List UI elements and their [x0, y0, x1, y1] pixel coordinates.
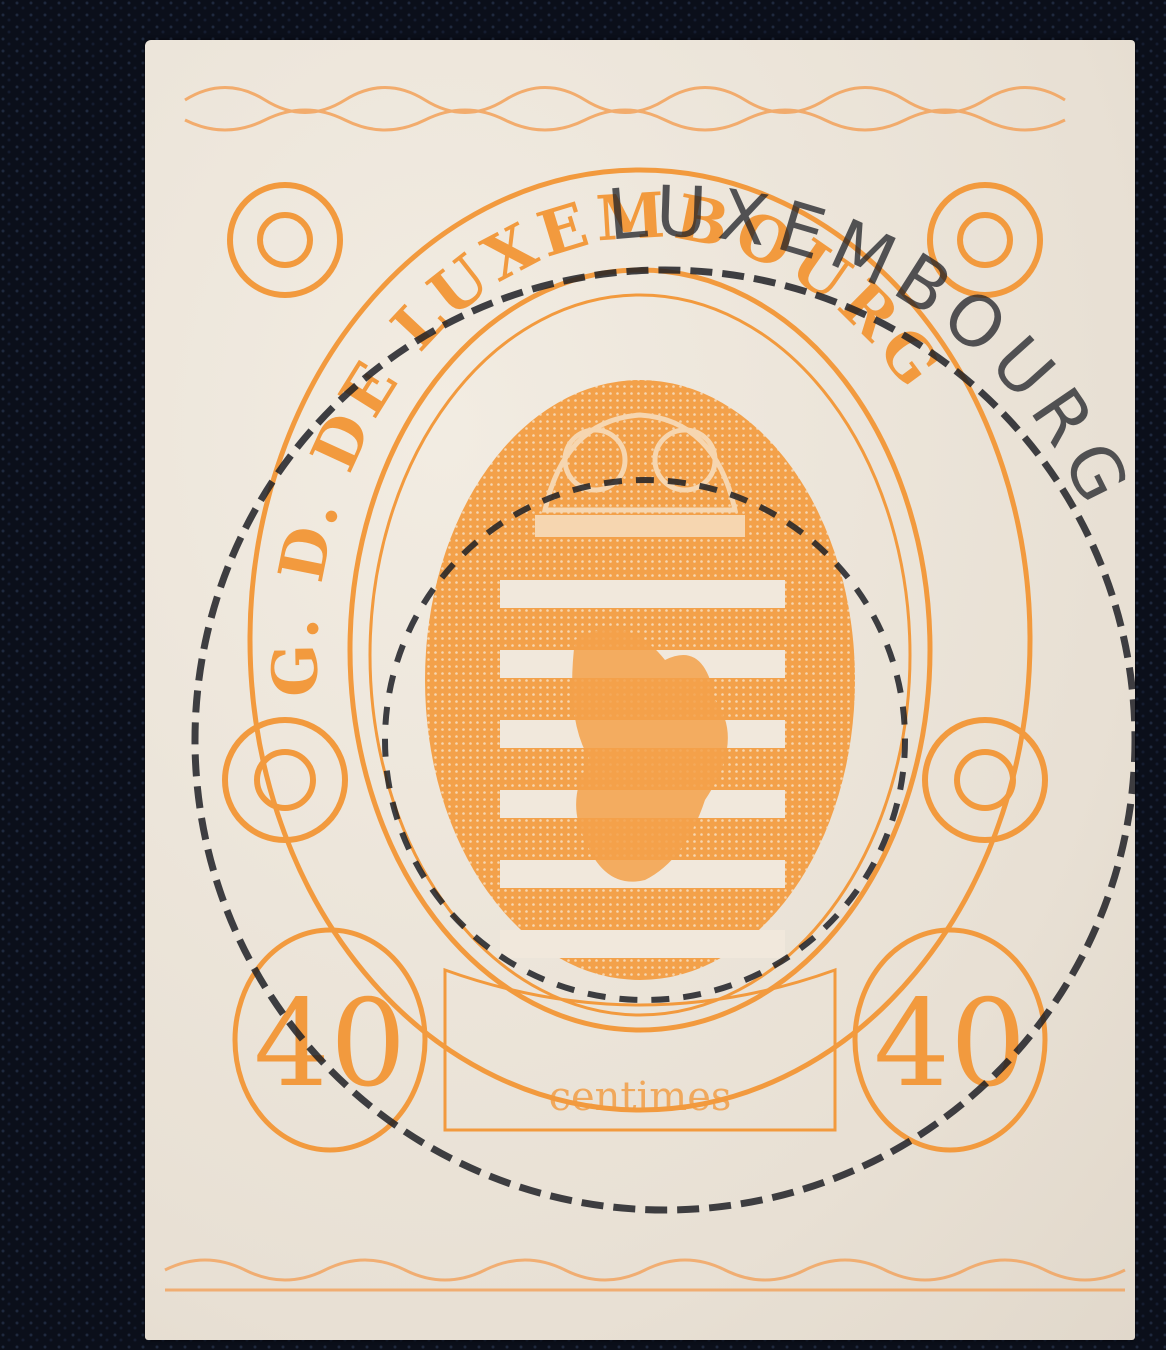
currency-label: centimes [549, 1074, 732, 1120]
postage-stamp: G. D. DE LUXEMBOURG 40 40 centimes LUXEM… [145, 40, 1135, 1340]
value-left: 40 [254, 975, 407, 1114]
value-right: 40 [874, 975, 1027, 1114]
bottom-ornament-band [165, 1260, 1125, 1290]
top-ornament-band [185, 88, 1065, 131]
stamp-artwork: G. D. DE LUXEMBOURG 40 40 centimes LUXEM… [145, 40, 1135, 1340]
